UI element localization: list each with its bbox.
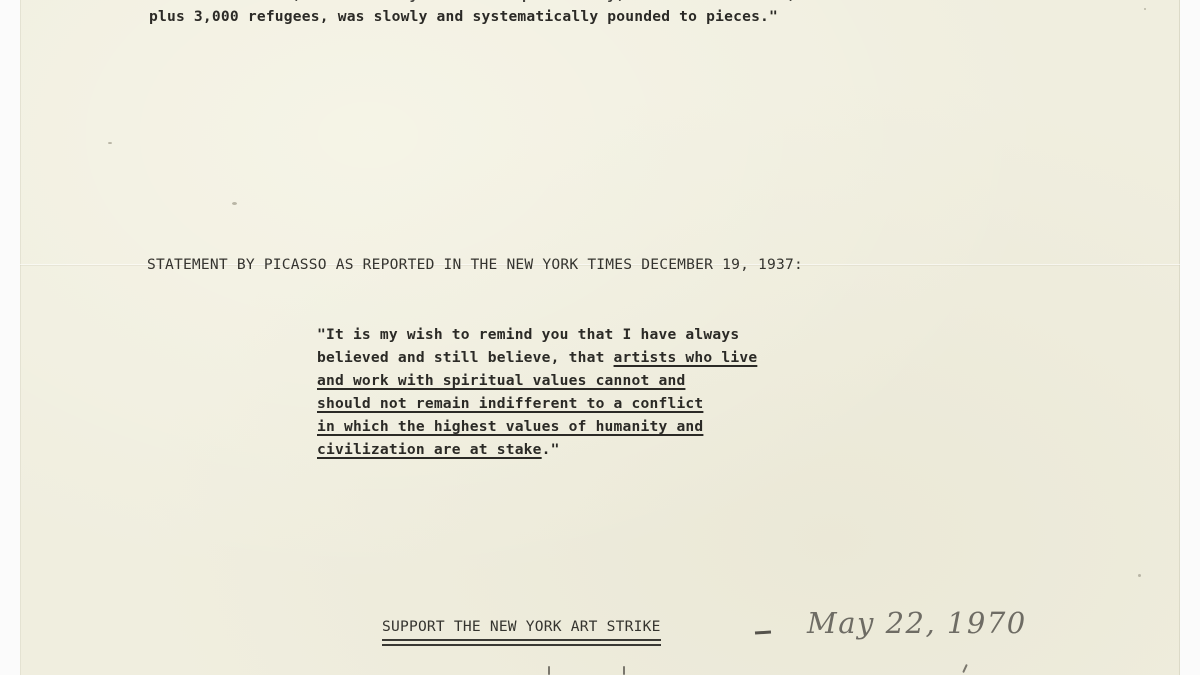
quote-line-5: in which the highest values of humanity … xyxy=(317,418,703,435)
paper-speck xyxy=(1138,574,1141,577)
quote-line-2-plain: believed and still believe, that xyxy=(317,349,614,366)
paper-speck xyxy=(108,142,112,144)
art-strike-slogan-line: SUPPORT THE NEW YORK ART STRIKE xyxy=(382,617,661,641)
paper-speck xyxy=(1144,8,1146,10)
pencil-mark xyxy=(548,666,550,675)
quote-line-6-end: ." xyxy=(542,441,560,458)
handwritten-date: May 22, 1970 xyxy=(807,606,1027,640)
cut-off-line: raid on Guernica, a small city in the Ba… xyxy=(149,0,796,3)
refugees-line: plus 3,000 refugees, was slowly and syst… xyxy=(149,8,778,25)
quote-line-3: and work with spiritual values cannot an… xyxy=(317,372,685,389)
document-page: raid on Guernica, a small city in the Ba… xyxy=(20,0,1180,675)
quote-line-6-underlined: civilization are at stake xyxy=(317,441,542,458)
handwritten-dash xyxy=(755,630,771,634)
quote-line-4: should not remain indifferent to a confl… xyxy=(317,395,703,412)
pencil-mark xyxy=(623,666,625,675)
top-paragraph-fragment: raid on Guernica, a small city in the Ba… xyxy=(149,0,796,28)
art-strike-slogan: SUPPORT THE NEW YORK ART STRIKE xyxy=(382,617,661,641)
paper-speck xyxy=(232,202,237,205)
picasso-quote: "It is my wish to remind you that I have… xyxy=(317,323,757,461)
pencil-mark xyxy=(962,664,968,673)
quote-line-2-underlined: artists who live xyxy=(614,349,758,366)
statement-heading: STATEMENT BY PICASSO AS REPORTED IN THE … xyxy=(147,255,803,275)
quote-line-1: "It is my wish to remind you that I have… xyxy=(317,326,739,343)
